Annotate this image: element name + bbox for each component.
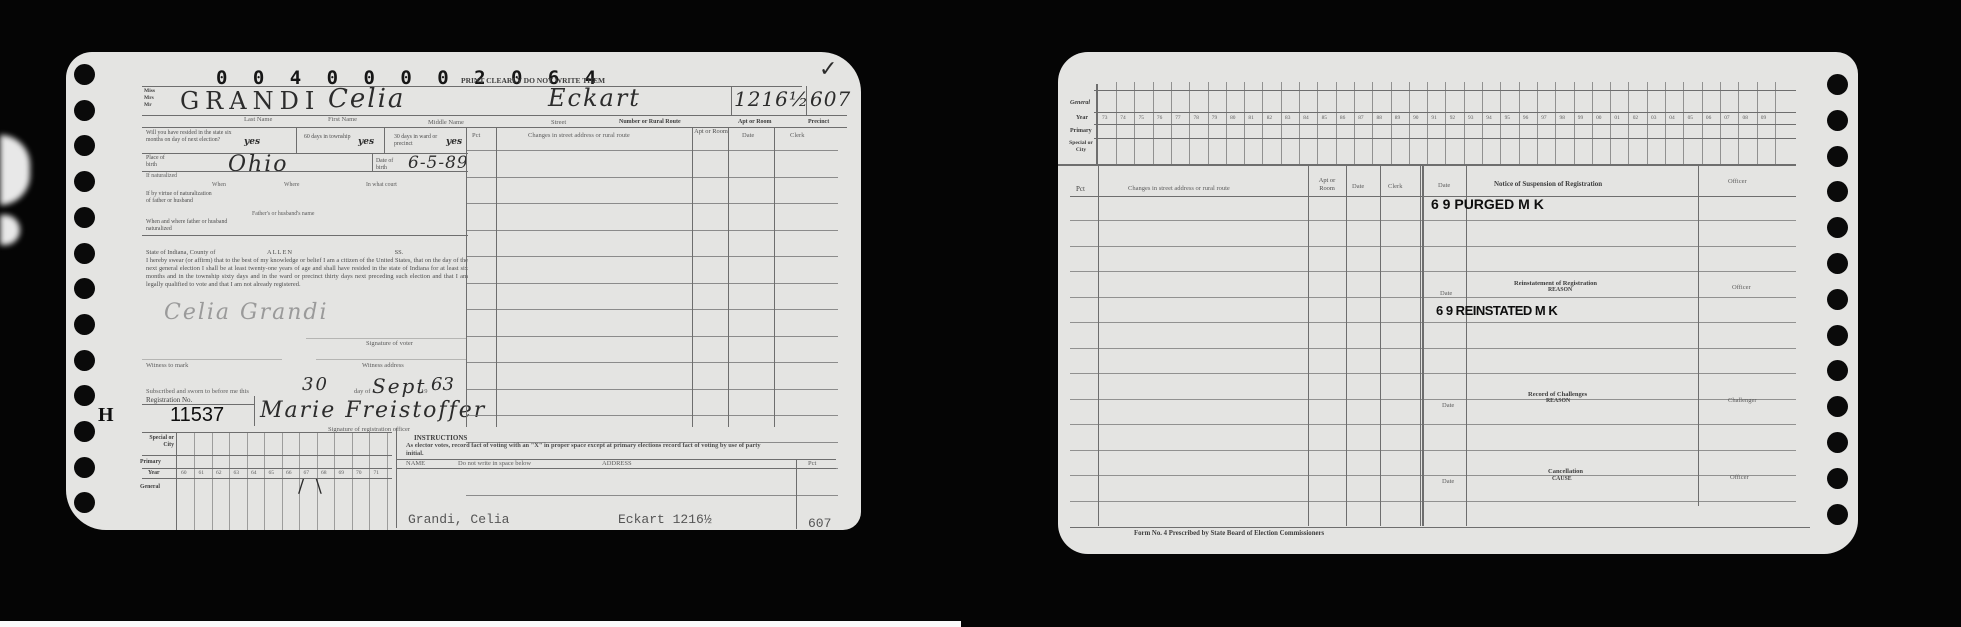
rule-line [1262,82,1263,164]
rule-line [1189,82,1190,164]
grid-label-year: Year [148,470,160,476]
naturalized-where-label: Where [284,182,299,188]
front-changes-col-changes: Changes in street address or rural route [528,132,630,139]
punch-hole-icon [1827,217,1848,238]
rule-line [1281,82,1282,164]
rule-line [1070,297,1796,298]
punch-hole-icon [74,421,95,442]
back-grid-year-label: 86 [1340,115,1345,121]
rule-line [1698,166,1699,506]
rule-line [1610,82,1611,164]
back-grid-year-label: 00 [1596,115,1601,121]
reinstatement-entry: 6 9 REINSTATED M K [1436,303,1557,318]
rule-line [1555,82,1556,164]
back-grid-year-label: 04 [1669,115,1674,121]
scan-artifact [0,215,20,245]
back-changes-col-pct: Pct [1076,185,1085,193]
back-grid-year-label: 96 [1523,115,1528,121]
back-grid-year-label: 92 [1450,115,1455,121]
punch-hole-icon [74,385,95,406]
punch-hole-icon [1827,432,1848,453]
oath-ss: SS. [395,249,404,256]
punch-hole-icon [1827,325,1848,346]
back-grid-year-label: 73 [1102,115,1107,121]
rule-line [1070,475,1796,476]
grid-label-general: General [140,484,160,490]
rule-line [212,432,213,530]
punch-hole-icon [74,64,95,85]
back-grid-year-label: 02 [1633,115,1638,121]
naturalized-when-label: When [212,182,226,188]
back-grid-year-label: 75 [1139,115,1144,121]
back-grid-label-year: Year [1076,115,1088,121]
punch-hole-icon [1827,146,1848,167]
apt-room-label: Apt or Room [738,119,772,125]
precinct-label: Precinct [808,119,829,125]
number-label: Number or Rural Route [619,119,681,125]
subscribed-text: Subscribed and sworn to before me this [146,388,249,395]
first-name-value: Celia [328,84,405,114]
rule-line [1427,82,1428,164]
rule-line [369,432,370,530]
street-label: Street [551,119,566,126]
rule-line [774,127,775,427]
registration-officer-signature: Marie Freistoffer [260,398,486,423]
rule-line [1464,82,1465,164]
rule-line [1317,82,1318,164]
rule-line [1208,82,1209,164]
rule-line [728,127,729,427]
challenges-title: Record of Challenges [1528,391,1587,398]
rule-line [1757,82,1758,164]
back-grid-year-label: 09 [1761,115,1766,121]
day-of-label: day of [354,388,370,395]
suspension-date-label: Date [1438,182,1450,189]
back-grid-year-label: 83 [1285,115,1290,121]
challenges-challenger-label: Challenger [1728,397,1757,404]
rule-line [1391,82,1392,164]
rule-line [466,415,838,416]
rule-line [264,432,265,530]
typed-address: Eckart 1216½ [618,512,712,527]
punch-hole-icon [74,100,95,121]
registration-no-label: Registration No. [146,396,192,404]
ward-residency-question: 30 days in ward or precinct [394,134,452,147]
back-grid-label-general: General [1070,100,1090,106]
if-naturalized-label: If naturalized [146,173,177,179]
front-changes-col-pct: Pct [472,132,480,139]
back-grid-year-label: 81 [1248,115,1253,121]
back-grid-year-label: 85 [1322,115,1327,121]
punch-hole-icon [1827,110,1848,131]
back-changes-col-apt: Apt or Room [1312,177,1342,193]
rule-line [1336,82,1337,164]
father-naturalized-label: When and where father or husband natural… [146,219,230,232]
back-grid-year-label: 76 [1157,115,1162,121]
instructions-col-pct: Pct [808,460,816,467]
back-grid-year-label: 93 [1468,115,1473,121]
instructions-col-address: ADDRESS [602,460,632,467]
subscribed-year: 63 [431,374,454,395]
front-changes-col-date: Date [742,132,754,139]
punch-hole-icon [1827,181,1848,202]
rule-line [1096,84,1098,164]
rule-line [1665,82,1666,164]
back-grid-year-label: 98 [1560,115,1565,121]
grid-year-label: 61 [199,470,205,476]
rule-line [1720,82,1721,164]
registration-card-front: 0 0 4 0 0 0 0 2 0 6 4 PRINT CLEARLY DO N… [66,52,861,530]
rule-line [176,432,177,530]
scan-artifact [0,135,30,205]
rule-line [1070,220,1796,221]
rule-line [1244,82,1245,164]
instructions-text: As elector votes, record fact of voting … [406,442,766,458]
punch-hole-icon [1827,74,1848,95]
street-value: Eckart [548,84,641,112]
witness-address-label: Witness address [362,362,404,369]
back-grid-year-label: 78 [1194,115,1199,121]
rule-line [1354,82,1355,164]
rule-line [466,389,838,390]
back-grid-year-label: 07 [1724,115,1729,121]
rule-line [247,432,248,530]
place-of-birth-label: Place of birth [146,155,176,168]
oath-county-value: ALLEN [267,249,293,256]
punch-hole-icon [74,278,95,299]
rule-line [1574,82,1575,164]
date-of-birth-label: Date of birth [376,158,404,171]
grid-year-label: 70 [356,470,362,476]
rule-line [1134,82,1135,164]
subscribed-month: Sept [372,374,426,398]
rule-line [1070,501,1796,502]
oath-state-text: State of Indiana, County of [146,249,215,256]
rule-line [1070,322,1796,323]
last-name-value: GRANDI [180,87,320,115]
back-grid-year-label: 94 [1486,115,1491,121]
rule-line [1372,82,1373,164]
registration-card-back: General Year Primary Special or City 737… [1058,52,1858,554]
township-residency-question: 60 days in township [304,134,356,141]
rule-line [194,432,195,530]
punch-hole-icon [1827,468,1848,489]
date-of-birth-value: 6-5-89 [408,153,469,173]
cancellation-title: Cancellation [1548,468,1583,475]
rule-line [1592,82,1593,164]
back-grid-year-label: 84 [1303,115,1308,121]
back-grid-year-label: 05 [1688,115,1693,121]
reinstatement-reason-label: REASON [1548,287,1572,293]
back-grid-year-label: 89 [1395,115,1400,121]
rule-line [1153,82,1154,164]
by-virtue-label: If by virtue of naturalization of father… [146,191,216,204]
grid-year-label: 64 [251,470,257,476]
punch-hole-icon [1827,253,1848,274]
rule-line [1500,82,1501,164]
challenges-date-label: Date [1442,402,1454,409]
year-prefix: 19 [421,388,428,395]
rule-line [466,150,838,151]
rule-line [334,432,335,530]
rule-line [466,309,838,310]
rule-line [1537,82,1538,164]
last-name-label: Last Name [244,116,272,123]
punch-hole-icon [74,243,95,264]
instructions-title: INSTRUCTIONS [414,434,467,442]
grid-year-label: 63 [234,470,240,476]
typed-name: Grandi, Celia [408,512,509,527]
back-grid-label-primary: Primary [1070,128,1092,134]
rule-line [1628,82,1629,164]
rule-line [1116,82,1117,164]
punch-hole-icon [74,350,95,371]
grid-year-label: 60 [181,470,187,476]
rule-line [466,177,838,178]
back-grid-year-label: 97 [1541,115,1546,121]
reinstatement-date-label: Date [1440,290,1452,297]
reinstatement-officer-label: Officer [1732,284,1751,291]
back-changes-col-changes: Changes in street address or rural route [1128,185,1230,192]
rule-line [1445,82,1446,164]
punch-hole-icon [74,492,95,513]
rule-line [229,432,230,530]
back-grid-year-label: 87 [1358,115,1363,121]
rule-line [1775,82,1776,164]
voter-signature-label: Signature of voter [366,340,413,347]
suspension-entry: 6 9 PURGED M K [1431,196,1544,212]
back-grid-year-label: 74 [1120,115,1125,121]
back-grid-year-label: 91 [1431,115,1436,121]
rule-line [1702,82,1703,164]
rule-line [466,336,838,337]
rule-line [1226,82,1227,164]
cancellation-cause-label: CAUSE [1552,476,1572,482]
title-option-mr: Mr [144,102,152,108]
back-grid-year-label: 08 [1743,115,1748,121]
rule-line [282,432,283,530]
rule-line [1683,82,1684,164]
grid-year-label: 71 [374,470,380,476]
rule-line [1070,373,1796,374]
township-residency-answer: yes [358,137,374,147]
cancellation-date-label: Date [1442,478,1454,485]
rule-line [466,362,838,363]
front-changes-col-apt: Apt or Room [694,128,728,136]
instructions-col-name: NAME [406,460,425,467]
rule-line [692,127,693,427]
punch-hole-icon [1827,289,1848,310]
front-changes-col-clerk: Clerk [790,132,804,139]
grid-year-label: 69 [339,470,345,476]
punch-hole-icon [74,207,95,228]
grid-label-primary: Primary [140,459,161,465]
cancellation-officer-label: Officer [1730,474,1749,481]
back-grid-year-label: 01 [1614,115,1619,121]
rule-line [466,283,838,284]
house-number-value: 1216½ [734,87,809,111]
back-grid-year-label: 06 [1706,115,1711,121]
punch-hole-icon [74,457,95,478]
rule-line [466,495,838,496]
state-residency-question: Will you have resided in the state six m… [146,130,246,143]
voter-signature: Celia Grandi [164,300,329,325]
punch-hole-icon [1827,396,1848,417]
back-grid-year-label: 82 [1267,115,1272,121]
reinstatement-title: Reinstatement of Registration [1514,280,1597,287]
rule-line [1409,82,1410,164]
back-changes-col-date: Date [1352,183,1364,190]
rule-line [496,127,497,427]
rule-line [1738,82,1739,164]
punch-hole-icon [1827,504,1848,525]
rule-line [466,230,838,231]
rule-line [1070,271,1796,272]
title-option-mrs: Mrs [144,95,154,101]
rule-line [1070,450,1796,451]
rule-line [1070,424,1796,425]
punch-hole-icon [74,135,95,156]
state-residency-answer: yes [244,137,260,147]
back-changes-col-clerk: Clerk [1388,183,1402,190]
rule-line [1299,82,1300,164]
middle-name-label: Middle Name [428,119,464,126]
rule-line [1070,246,1796,247]
title-option-miss: Miss [144,88,155,94]
rule-line [1171,82,1172,164]
back-grid-year-label: 88 [1377,115,1382,121]
rule-line [1070,348,1796,349]
grid-year-label: 65 [269,470,275,476]
registration-number: 11537 [170,404,224,427]
rule-line [1482,82,1483,164]
ward-residency-answer: yes [446,137,462,147]
back-grid-year-label: 03 [1651,115,1656,121]
back-grid-year-label: 90 [1413,115,1418,121]
grid-year-label: 66 [286,470,292,476]
back-grid-year-label: 99 [1578,115,1583,121]
rule-line [466,256,838,257]
back-grid-year-label: 79 [1212,115,1217,121]
back-grid-label-special: Special or City [1068,140,1094,153]
back-grid-year-label: 80 [1230,115,1235,121]
back-grid-year-label: 77 [1175,115,1180,121]
grid-label-special: Special or City [140,435,174,448]
back-grid-year-label: 95 [1505,115,1510,121]
voting-mark: / \ [298,476,325,497]
rule-line [1519,82,1520,164]
punch-hole-icon [74,314,95,335]
rule-line [352,432,353,530]
suspension-title: Notice of Suspension of Registration [1494,180,1602,188]
rule-line [1070,399,1796,400]
form-footer: Form No. 4 Prescribed by State Board of … [1134,530,1324,537]
ward-letter: H [98,404,114,427]
witness-mark-label: Witness to mark [146,362,188,369]
rule-line [466,203,838,204]
check-mark: ✓ [819,57,839,82]
grid-year-label: 62 [216,470,222,476]
typed-precinct: 607 [808,516,831,530]
place-of-birth-value: Ohio [228,152,289,177]
first-name-label: First Name [328,116,357,123]
rule-line [1647,82,1648,164]
instructions-col-note: Do not write in space below [458,460,531,467]
subscribed-day: 30 [302,374,329,395]
naturalized-court-label: In what court [366,182,397,188]
rule-line [387,432,388,530]
scan-edge-strip [0,621,961,627]
oath-state-line: State of Indiana, County of ALLEN SS. [146,249,466,257]
precinct-value: 607 [810,87,851,111]
oath-text: I hereby swear (or affirm) that to the b… [146,257,468,289]
punch-hole-icon [1827,360,1848,381]
challenges-reason-label: REASON [1546,398,1570,404]
fathers-name-label: Father's or husband's name [252,211,314,217]
punch-hole-icon [74,171,95,192]
suspension-officer-label: Officer [1728,178,1747,185]
rule-line [466,127,467,427]
